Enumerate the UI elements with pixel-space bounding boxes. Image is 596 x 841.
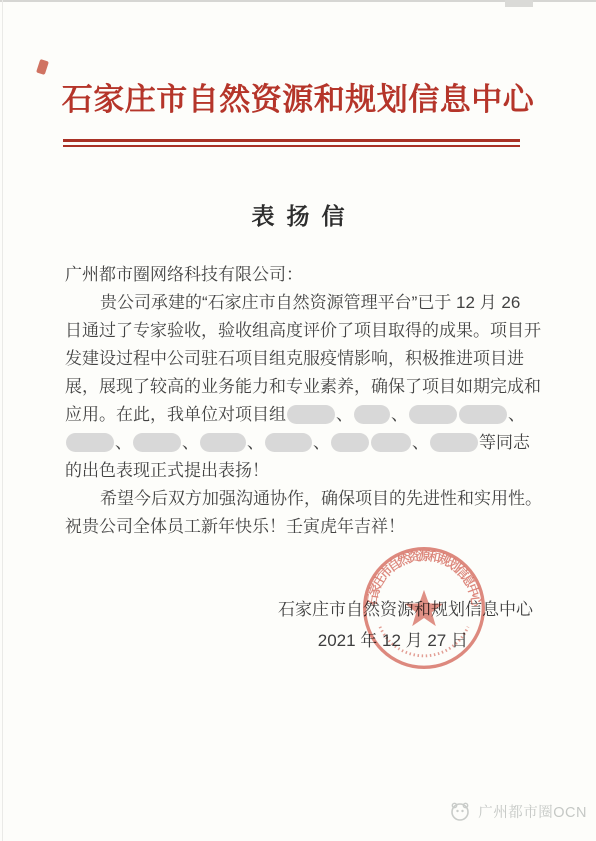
body-line: 广州都市圈网络科技有限公司：	[65, 261, 535, 289]
body-text: 日通过了专家验收，验收组高度评价了项目取得的成果。项目开	[65, 321, 541, 340]
body-text: 希望今后双方加强沟通协作，确保项目的先进性和实用性。	[100, 489, 542, 508]
body-text: 、	[247, 433, 264, 452]
body-text: 、	[412, 433, 429, 452]
redaction-blob	[331, 433, 369, 452]
ocn-logo-icon	[448, 799, 472, 823]
body-text: 发建设过程中公司驻石项目组克服疫情影响，积极推进项目进	[65, 349, 524, 368]
body-text: 、	[182, 433, 199, 452]
body-text: 应用。在此，我单位对项目组	[65, 405, 286, 424]
body-text: 广州都市圈网络科技有限公司：	[65, 265, 303, 284]
body-text: 、	[391, 405, 408, 424]
body-line: 的出色表现正式提出表扬！	[65, 457, 535, 485]
body-line: 应用。在此，我单位对项目组、、、	[65, 401, 535, 429]
letterhead-org-name: 石家庄市自然资源和规划信息中心	[0, 74, 596, 119]
body-line: 祝贵公司全体员工新年快乐！壬寅虎年吉祥！	[65, 513, 535, 541]
body-text: 展，展现了较高的业务能力和专业素养，确保了项目如期完成和	[65, 377, 541, 396]
body-line: 希望今后双方加强沟通协作，确保项目的先进性和实用性。	[65, 485, 535, 513]
scan-artifact-patch	[505, 0, 533, 7]
body-line: 发建设过程中公司驻石项目组克服疫情影响，积极推进项目进	[65, 345, 535, 373]
redaction-blob	[133, 433, 181, 452]
scan-edge-left	[2, 0, 3, 841]
body-text: 、	[313, 433, 330, 452]
body-text: 贵公司承建的“石家庄市自然资源管理平台”已于 12 月 26	[100, 293, 520, 312]
signature-date: 2021 年 12 月 27 日	[318, 626, 468, 651]
redaction-blob	[287, 405, 335, 424]
letter-document-page: 石家庄市自然资源和规划信息中心 表扬信 广州都市圈网络科技有限公司：贵公司承建的…	[0, 0, 596, 841]
body-line: 贵公司承建的“石家庄市自然资源管理平台”已于 12 月 26	[65, 289, 535, 317]
watermark-text: 广州都市圈OCN	[478, 801, 587, 822]
watermark: 广州都市圈OCN	[448, 799, 587, 823]
body-text: 的出色表现正式提出表扬！	[65, 461, 269, 480]
redaction-blob	[409, 405, 457, 424]
redaction-blob	[200, 433, 246, 452]
body-text: 、	[115, 433, 132, 452]
letter-title: 表扬信	[0, 198, 596, 231]
red-ink-artifact	[36, 59, 49, 75]
letterhead-rule-thick	[63, 139, 520, 142]
body-line: 日通过了专家验收，验收组高度评价了项目取得的成果。项目开	[65, 317, 535, 345]
body-line: 展，展现了较高的业务能力和专业素养，确保了项目如期完成和	[65, 373, 535, 401]
redaction-blob	[459, 405, 507, 424]
body-text: 、	[336, 405, 353, 424]
redaction-blob	[66, 433, 114, 452]
body-text: 祝贵公司全体员工新年快乐！壬寅虎年吉祥！	[65, 517, 405, 536]
redaction-blob	[265, 433, 312, 452]
redaction-blob	[430, 433, 478, 452]
signature-org: 石家庄市自然资源和规划信息中心	[278, 595, 533, 620]
body-text: 、	[508, 405, 525, 424]
letterhead-rule-thin	[63, 145, 520, 147]
body-line: 、、、、、等同志	[65, 429, 535, 457]
redaction-blob	[371, 433, 411, 452]
letter-body: 广州都市圈网络科技有限公司：贵公司承建的“石家庄市自然资源管理平台”已于 12 …	[65, 261, 535, 541]
body-text: 等同志	[479, 433, 530, 452]
redaction-blob	[354, 405, 390, 424]
